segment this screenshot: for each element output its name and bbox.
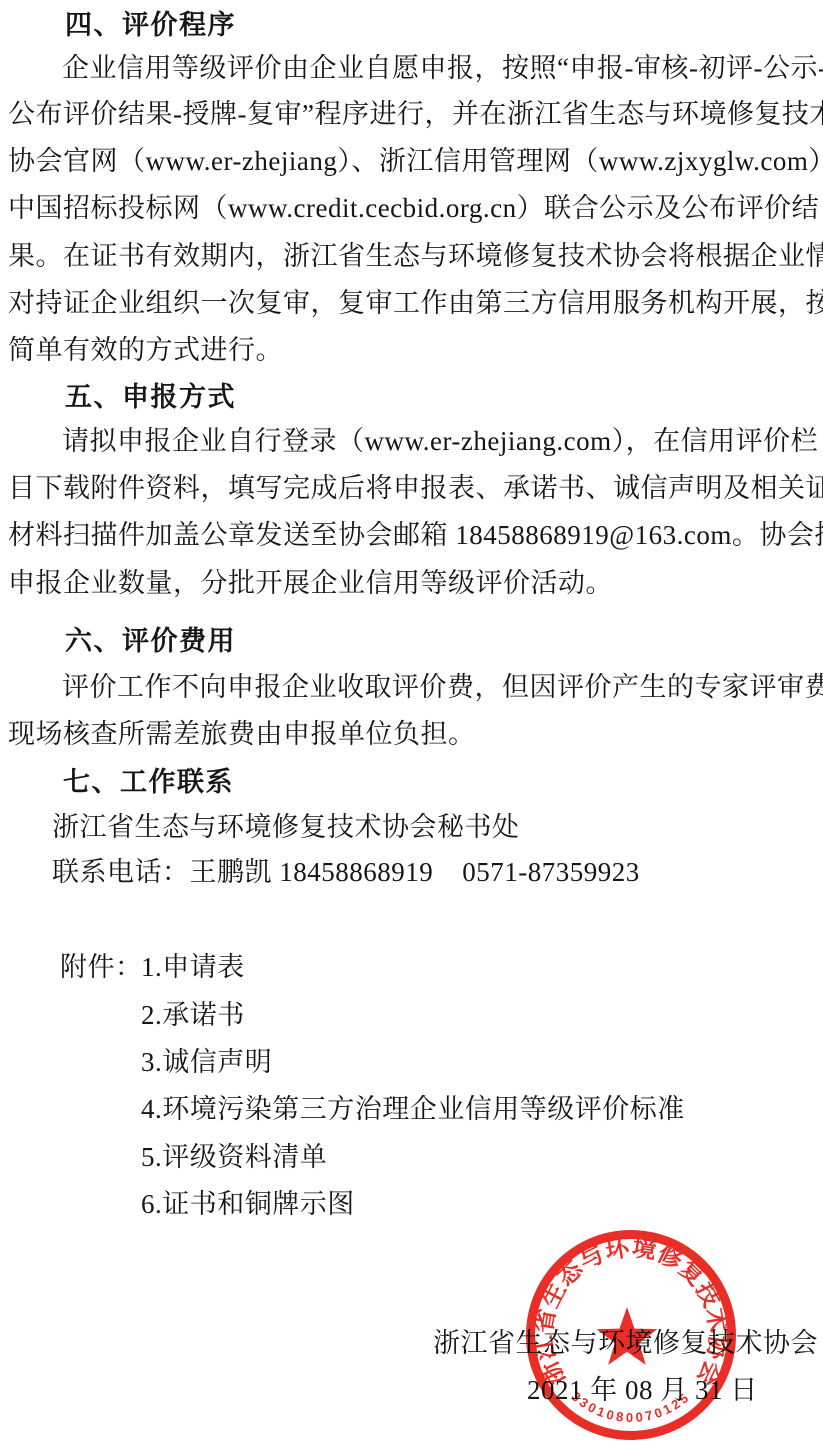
official-seal: 浙江省生态与环境修复技术协会 3301080070125: [511, 1215, 751, 1453]
attachment-item: 2.承诺书: [141, 1001, 245, 1031]
paragraph-line: 简单有效的方式进行。: [8, 336, 283, 366]
section-heading-5: 五、申报方式: [65, 383, 236, 413]
document-page: 四、评价程序 企业信用等级评价由企业自愿申报，按照“申报-审核-初评-公示- 公…: [0, 0, 823, 1453]
paragraph-line: 评价工作不向申报企业收取评价费，但因评价产生的专家评审费、: [62, 673, 823, 703]
attachment-item: 6.证书和铜牌示图: [141, 1190, 355, 1220]
attachments-label: 附件：: [60, 953, 143, 983]
seal-code: 3301080070125: [569, 1389, 694, 1425]
attachment-item: 3.诚信声明: [141, 1048, 272, 1078]
paragraph-line: 对持证企业组织一次复审，复审工作由第三方信用服务机构开展，按照: [8, 289, 823, 319]
attachment-item: 4.环境污染第三方治理企业信用等级评价标准: [141, 1095, 685, 1125]
paragraph-line: 请拟申报企业自行登录（www.er-zhejiang.com），在信用评价栏: [62, 427, 818, 457]
paragraph-line: 材料扫描件加盖公章发送至协会邮箱 18458868919@163.com。协会按…: [8, 521, 823, 551]
paragraph-line: 企业信用等级评价由企业自愿申报，按照“申报-审核-初评-公示-: [62, 54, 823, 84]
paragraph-line: 中国招标投标网（www.credit.cecbid.org.cn）联合公示及公布…: [8, 194, 819, 224]
seal-ring-label: 浙江省生态与环境修复技术协会: [530, 1233, 732, 1390]
paragraph-line: 公布评价结果-授牌-复审”程序进行，并在浙江省生态与环境修复技术: [8, 100, 823, 130]
attachment-item: 1.申请表: [141, 953, 245, 983]
paragraph-line: 目下载附件资料，填写完成后将申报表、承诺书、诚信声明及相关证明: [8, 474, 823, 504]
contact-org-line: 浙江省生态与环境修复技术协会秘书处: [52, 813, 520, 843]
paragraph-line: 协会官网（www.er-zhejiang）、浙江信用管理网（www.zjxygl…: [8, 147, 823, 177]
section-heading-4: 四、评价程序: [65, 11, 236, 41]
paragraph-line: 果。在证书有效期内，浙江省生态与环境修复技术协会将根据企业情况: [8, 242, 823, 272]
paragraph-line: 现场核查所需差旅费由申报单位负担。: [8, 720, 476, 750]
section-heading-7: 七、工作联系: [63, 768, 234, 798]
contact-phone-line: 联系电话：王鹏凯 18458868919 0571-87359923: [52, 858, 640, 888]
seal-star-icon: [597, 1307, 658, 1365]
attachment-item: 5.评级资料清单: [141, 1143, 327, 1173]
section-heading-6: 六、评价费用: [65, 627, 236, 657]
paragraph-line: 申报企业数量，分批开展企业信用等级评价活动。: [8, 569, 613, 599]
